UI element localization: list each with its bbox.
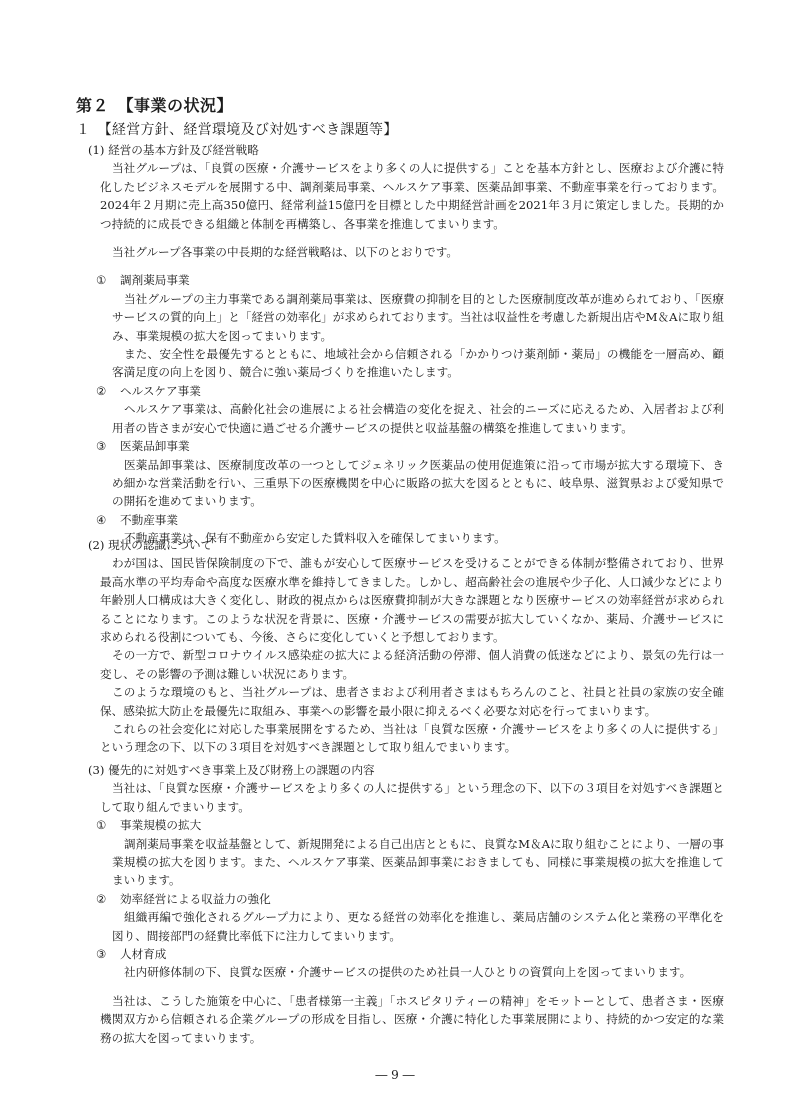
- chapter-title: 第２ 【事業の状況】: [76, 93, 233, 116]
- section-title: １ 【経営方針、経営環境及び対処すべき課題等】: [76, 119, 398, 139]
- paragraph: 当社は、「良質な医療・介護サービスをより多くの人に提供する」という理念の下、以下…: [88, 779, 724, 816]
- subsection-2-title: (2) 現状の認識について: [88, 536, 724, 554]
- subsection-2: (2) 現状の認識について わが国は、国民皆保険制度の下で、誰もが安心して医療サ…: [88, 536, 724, 757]
- subsection-3: (3) 優先的に対処すべき事業上及び財務上の課題の内容 当社は、「良質な医療・介…: [88, 761, 724, 1047]
- list-item-title: ③医薬品卸事業: [88, 437, 724, 455]
- list-item-title: ①事業規模の拡大: [88, 816, 724, 834]
- paragraph: また、安全性を最優先するとともに、地域社会から信頼される「かかりつけ薬剤師・薬局…: [88, 345, 724, 382]
- document-page: 第２ 【事業の状況】 １ 【経営方針、経営環境及び対処すべき課題等】 (1) 経…: [0, 0, 790, 1118]
- paragraph: 医薬品卸事業は、医療制度改革の一つとしてジェネリック医薬品の使用促進策に沿って市…: [88, 456, 724, 511]
- paragraph: ヘルスケア事業は、高齢化社会の進展による社会構造の変化を捉え、社会的ニーズに応え…: [88, 400, 724, 437]
- list-item-title: ④不動産事業: [88, 511, 724, 529]
- closing-paragraph: 当社は、こうした施策を中心に、「患者様第一主義」「ホスピタリティーの精神」をモッ…: [88, 992, 724, 1047]
- paragraph: 当社グループは、「良質の医療・介護サービスをより多くの人に提供する」ことを基本方…: [88, 159, 724, 233]
- page-number: ― 9 ―: [0, 1068, 790, 1082]
- subsection-1: (1) 経営の基本方針及び経営戦略 当社グループは、「良質の医療・介護サービスを…: [88, 141, 724, 548]
- subsection-1-title: (1) 経営の基本方針及び経営戦略: [88, 141, 724, 159]
- paragraph: わが国は、国民皆保険制度の下で、誰もが安心して医療サービスを受けることができる体…: [88, 554, 724, 646]
- paragraph: その一方で、新型コロナウイルス感染症の拡大による経済活動の停滞、個人消費の低迷な…: [88, 646, 724, 683]
- list-item-title: ③人材育成: [88, 945, 724, 963]
- paragraph: 組織再編で強化されるグループ力により、更なる経営の効率化を推進し、薬局店舗のシス…: [88, 908, 724, 945]
- list-item-title: ①調剤薬局事業: [88, 271, 724, 289]
- list-item-title: ②ヘルスケア事業: [88, 382, 724, 400]
- paragraph: このような環境のもと、当社グループは、患者さまおよび利用者さまはもちろんのこと、…: [88, 683, 724, 720]
- paragraph: これらの社会変化に対応した事業展開をするため、当社は「良質な医療・介護サービスを…: [88, 720, 724, 757]
- paragraph: 調剤薬局事業を収益基盤として、新規開発による自己出店とともに、良質なM＆Aに取り…: [88, 835, 724, 890]
- list-item-title: ②効率経営による収益力の強化: [88, 890, 724, 908]
- paragraph: 当社グループの主力事業である調剤薬局事業は、医療費の抑制を目的とした医療制度改革…: [88, 290, 724, 345]
- subsection-3-title: (3) 優先的に対処すべき事業上及び財務上の課題の内容: [88, 761, 724, 779]
- paragraph: 当社グループ各事業の中長期的な経営戦略は、以下のとおりです。: [88, 243, 724, 261]
- paragraph: 社内研修体制の下、良質な医療・介護サービスの提供のため社員一人ひとりの資質向上を…: [88, 963, 724, 981]
